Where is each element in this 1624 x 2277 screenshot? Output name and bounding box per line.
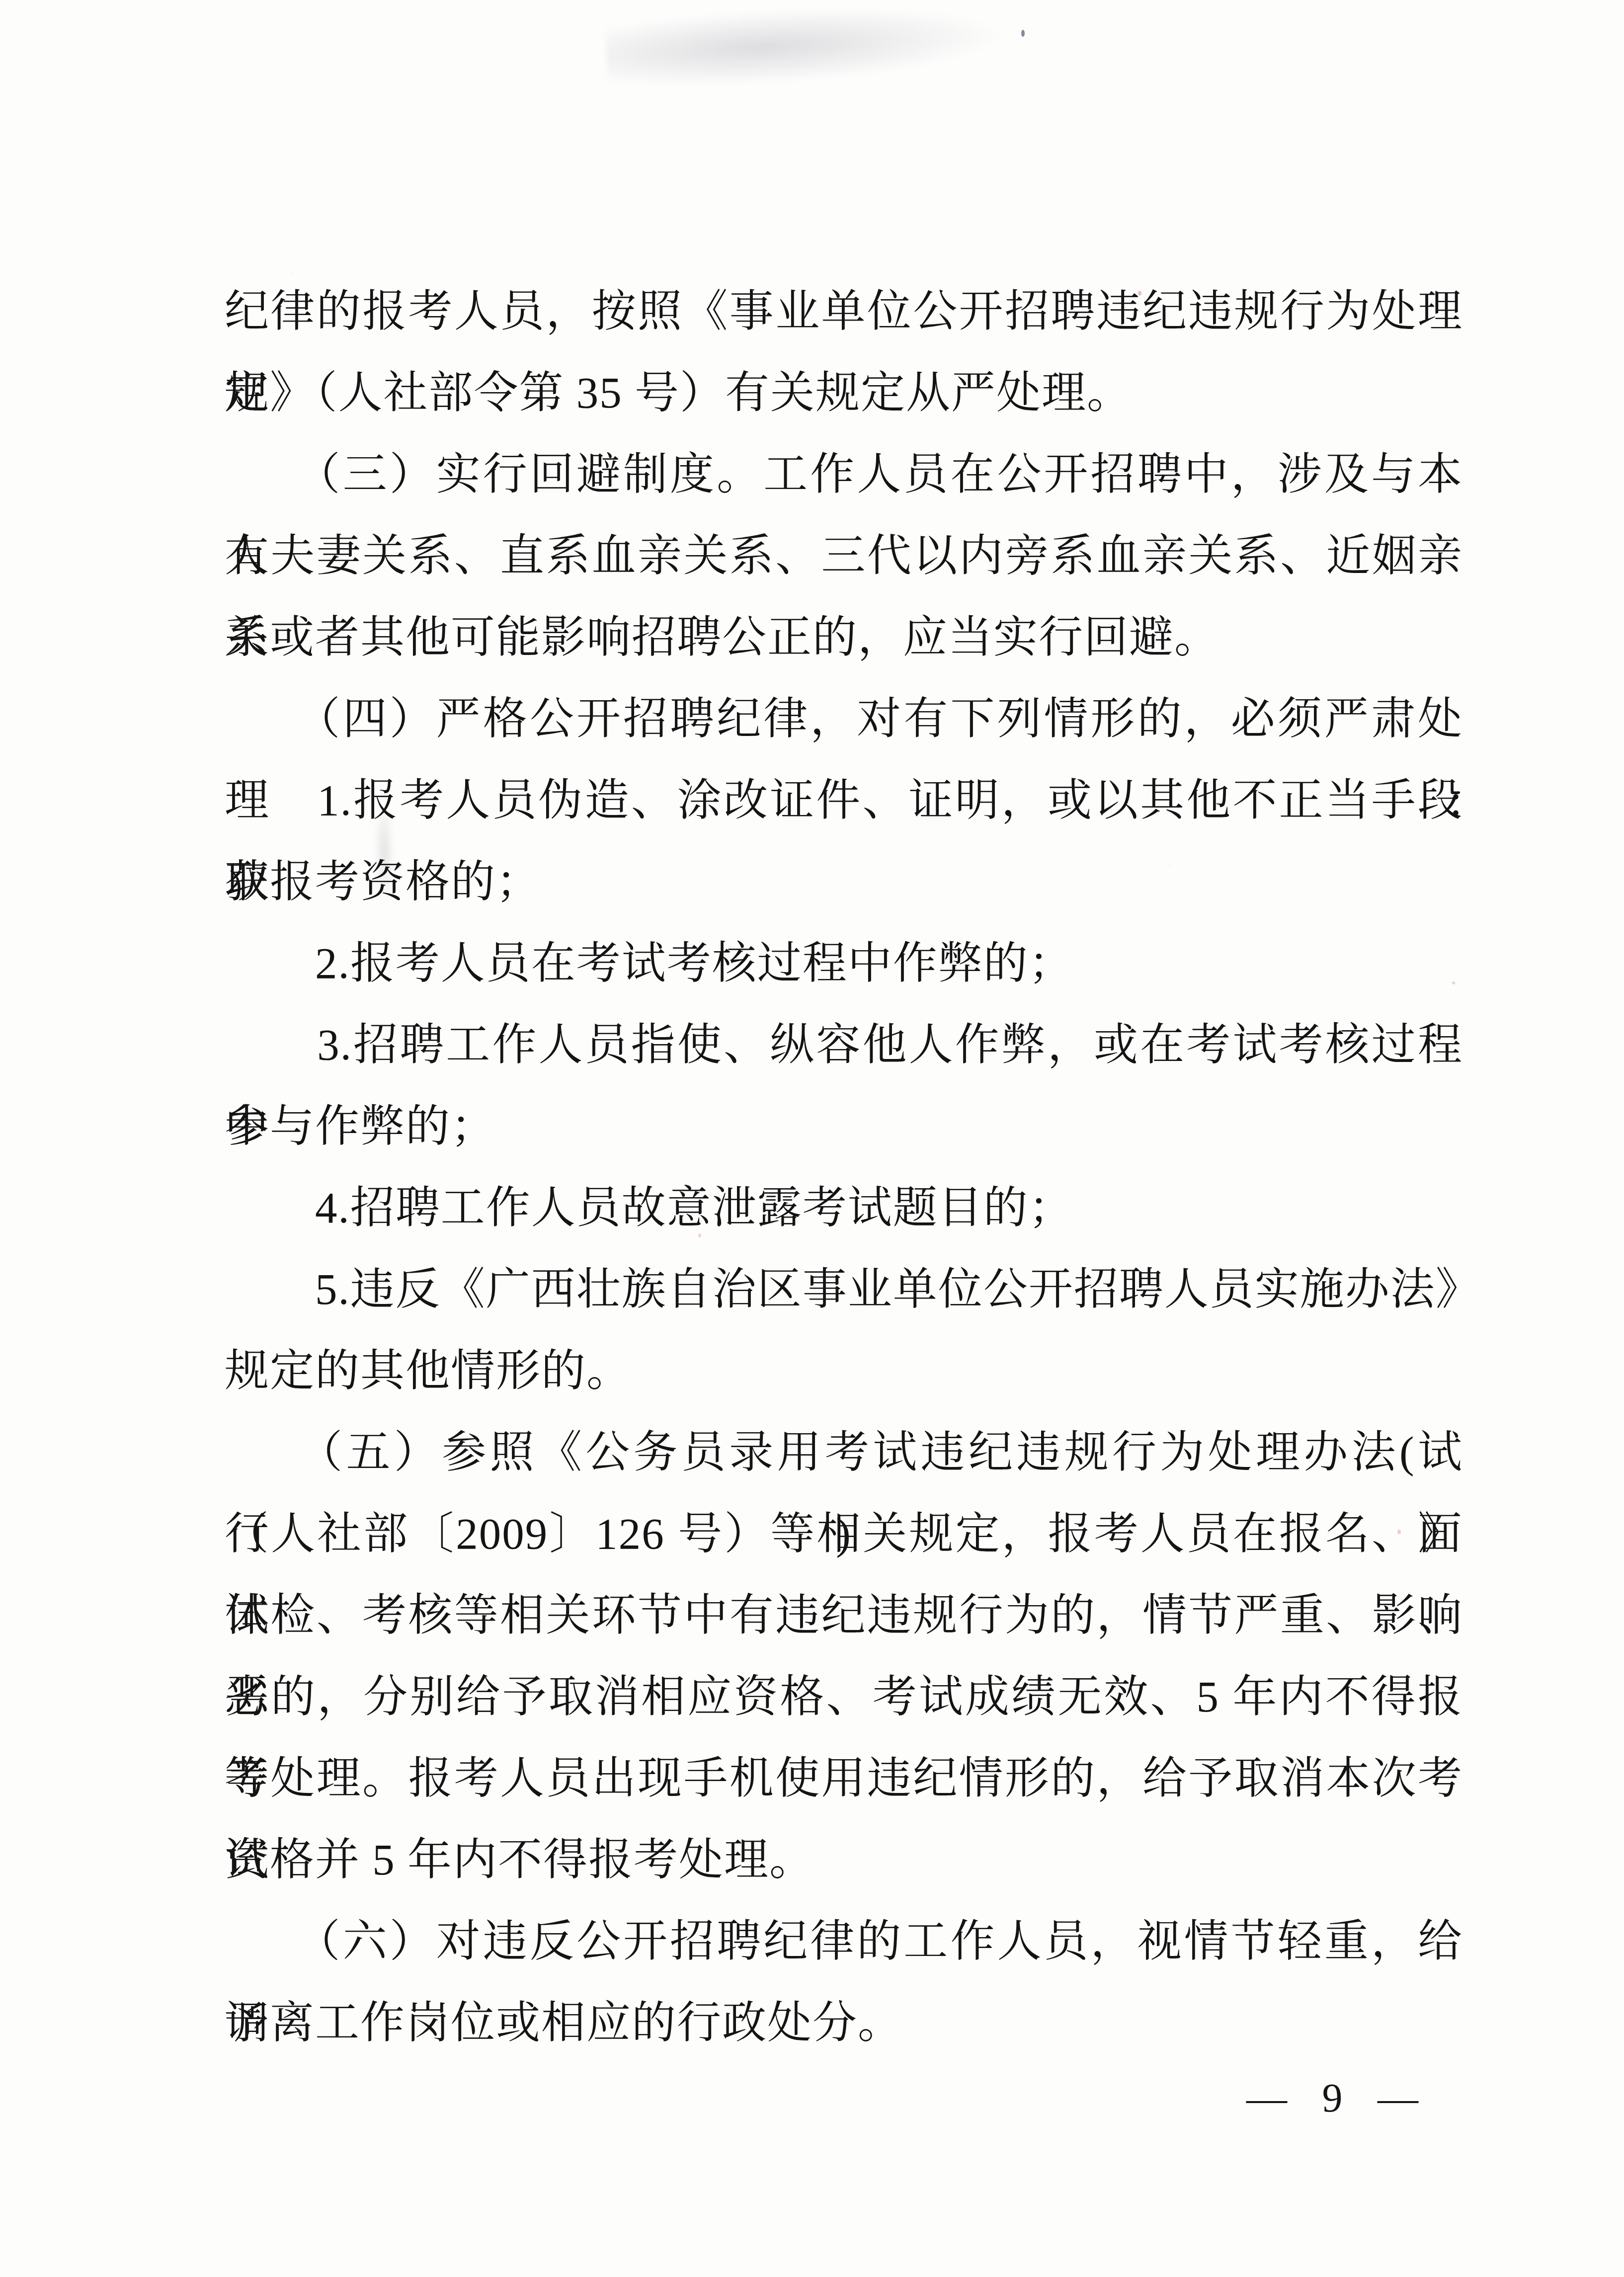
- text-line: （三）实行回避制度。工作人员在公开招聘中，涉及与本人: [225, 434, 1463, 515]
- text-line: 纪律的报考人员，按照《事业单位公开招聘违纪违规行为处理规: [225, 271, 1463, 352]
- scanned-document-page: { "colors": { "paper": "#fdfdfc", "ink":…: [0, 0, 1624, 2277]
- document-body: 纪律的报考人员，按照《事业单位公开招聘违纪违规行为处理规 定》（人社部令第 35…: [225, 271, 1463, 2064]
- scan-smudge: [605, 0, 1001, 91]
- text-line: 取报考资格的；: [225, 841, 1463, 923]
- page-number: — 9 —: [1246, 2073, 1419, 2123]
- text-line: 系或者其他可能影响招聘公正的，应当实行回避。: [225, 597, 1463, 678]
- text-line: 2.报考人员在考试考核过程中作弊的；: [225, 923, 1463, 1004]
- text-line: 定》（人社部令第 35 号）有关规定从严处理。: [225, 352, 1463, 434]
- text-line: 参与作弊的；: [225, 1086, 1463, 1167]
- text-line: 1.报考人员伪造、涂改证件、证明，或以其他不正当手段获: [225, 760, 1463, 841]
- text-line: （五）参照《公务员录用考试违纪违规行为处理办法(试行)》: [225, 1412, 1463, 1493]
- text-line: 4.招聘工作人员故意泄露考试题目的；: [225, 1167, 1463, 1249]
- text-line: 等处理。报考人员出现手机使用违纪情形的，给予取消本次考试: [225, 1738, 1463, 1819]
- text-line: 资格并 5 年内不得报考处理。: [225, 1819, 1463, 1901]
- text-line: 有夫妻关系、直系血亲关系、三代以内旁系血亲关系、近姻亲关: [225, 515, 1463, 597]
- text-line: （人社部〔2009〕126 号）等相关规定，报考人员在报名、面试、: [225, 1493, 1463, 1575]
- text-line: 3.招聘工作人员指使、纵容他人作弊，或在考试考核过程中: [225, 1004, 1463, 1086]
- text-line: 体检、考核等相关环节中有违纪违规行为的，情节严重、影响恶: [225, 1575, 1463, 1656]
- text-line: 调离工作岗位或相应的行政处分。: [225, 1982, 1463, 2064]
- text-line: （六）对违反公开招聘纪律的工作人员，视情节轻重，给予: [225, 1901, 1463, 1982]
- text-line: 5.违反《广西壮族自治区事业单位公开招聘人员实施办法》: [225, 1249, 1463, 1330]
- scan-speck: [1021, 30, 1025, 37]
- text-line: 规定的其他情形的。: [225, 1330, 1463, 1412]
- text-line: （四）严格公开招聘纪律，对有下列情形的，必须严肃处理:: [225, 678, 1463, 760]
- text-line: 劣的，分别给予取消相应资格、考试成绩无效、5 年内不得报考: [225, 1656, 1463, 1738]
